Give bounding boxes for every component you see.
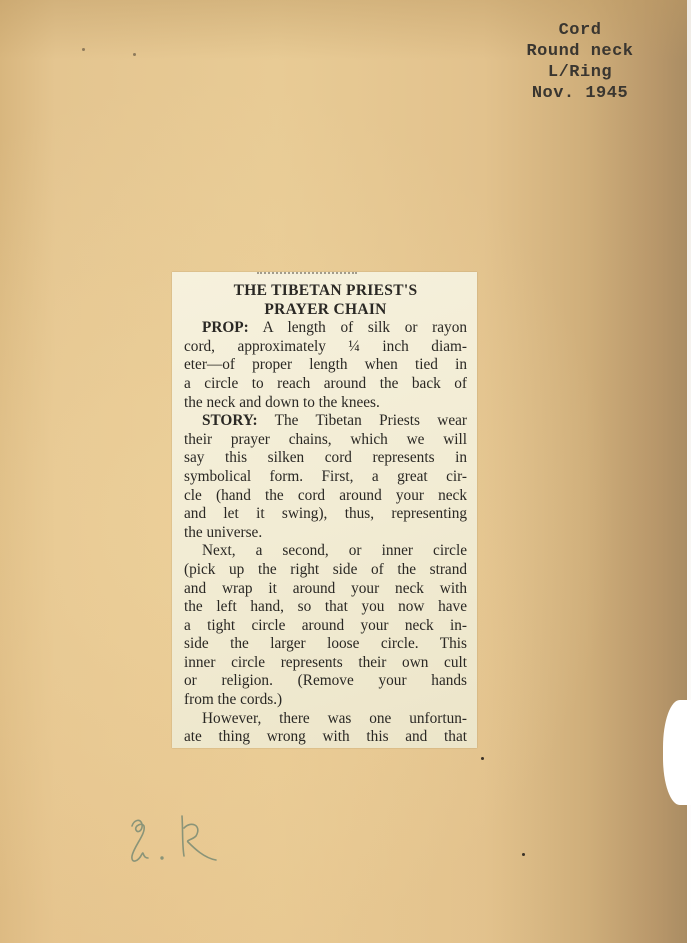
para-line: the left hand, so that you now have <box>184 598 467 617</box>
lead-prop: PROP: <box>202 319 249 336</box>
dust-speck <box>481 757 484 760</box>
typed-note-line-4: Nov. 1945 <box>505 83 655 104</box>
para-line: ate thing wrong with this and that <box>184 728 467 747</box>
typed-note-line-2: Round neck <box>505 41 655 62</box>
para-line: a tight circle around your neck in- <box>184 617 467 636</box>
page-edge-tear <box>663 700 691 805</box>
typed-note-line-3: L/Ring <box>505 62 655 83</box>
dust-speck <box>133 53 136 56</box>
para-line: inner circle represents their own cult <box>184 654 467 673</box>
para-line: side the larger loose circle. This <box>184 635 467 654</box>
para-line: and wrap it around your neck with <box>184 580 467 599</box>
para-line: PROP: A length of silk or rayon <box>184 319 467 338</box>
handwritten-initials <box>128 812 238 872</box>
dust-speck <box>522 853 525 856</box>
para-line: symbolical form. First, a great cir- <box>184 468 467 487</box>
para-line: the universe. <box>184 524 467 543</box>
paragraph-prop: PROP: A length of silk or rayon cord, ap… <box>184 319 467 412</box>
para-line: from the cords.) <box>184 691 467 710</box>
clipping-body: THE TIBETAN PRIEST'S PRAYER CHAIN PROP: … <box>184 282 467 747</box>
lead-story: STORY: <box>202 412 258 429</box>
para-line: and let it swing), thus, representing <box>184 505 467 524</box>
clipping-cut-remnant <box>257 272 357 277</box>
para-line: or religion. (Remove your hands <box>184 672 467 691</box>
paragraph-however: However, there was one unfortun- ate thi… <box>184 710 467 747</box>
clipping-headline: THE TIBETAN PRIEST'S PRAYER CHAIN <box>184 282 467 319</box>
para-line: their prayer chains, which we will <box>184 431 467 450</box>
paragraph-story: STORY: The Tibetan Priests wear their pr… <box>184 412 467 542</box>
scrapbook-page: Cord Round neck L/Ring Nov. 1945 THE TIB… <box>0 0 691 943</box>
para-line: the neck and down to the knees. <box>184 394 467 413</box>
headline-line-2: PRAYER CHAIN <box>184 301 467 320</box>
para-line: (pick up the right side of the strand <box>184 561 467 580</box>
headline-line-1: THE TIBETAN PRIEST'S <box>184 282 467 301</box>
para-line: say this silken cord represents in <box>184 449 467 468</box>
para-line: STORY: The Tibetan Priests wear <box>184 412 467 431</box>
newspaper-clipping: THE TIBETAN PRIEST'S PRAYER CHAIN PROP: … <box>172 272 477 748</box>
para-line: However, there was one unfortun- <box>184 710 467 729</box>
para-line: cle (hand the cord around your neck <box>184 487 467 506</box>
dust-speck <box>82 48 85 51</box>
typewritten-note: Cord Round neck L/Ring Nov. 1945 <box>505 20 655 104</box>
typed-note-line-1: Cord <box>505 20 655 41</box>
para-line: Next, a second, or inner circle <box>184 542 467 561</box>
paragraph-inner-circle: Next, a second, or inner circle (pick up… <box>184 542 467 709</box>
para-line: a circle to reach around the back of <box>184 375 467 394</box>
para-line: eter—of proper length when tied in <box>184 356 467 375</box>
para-line: cord, approximately ¼ inch diam- <box>184 338 467 357</box>
